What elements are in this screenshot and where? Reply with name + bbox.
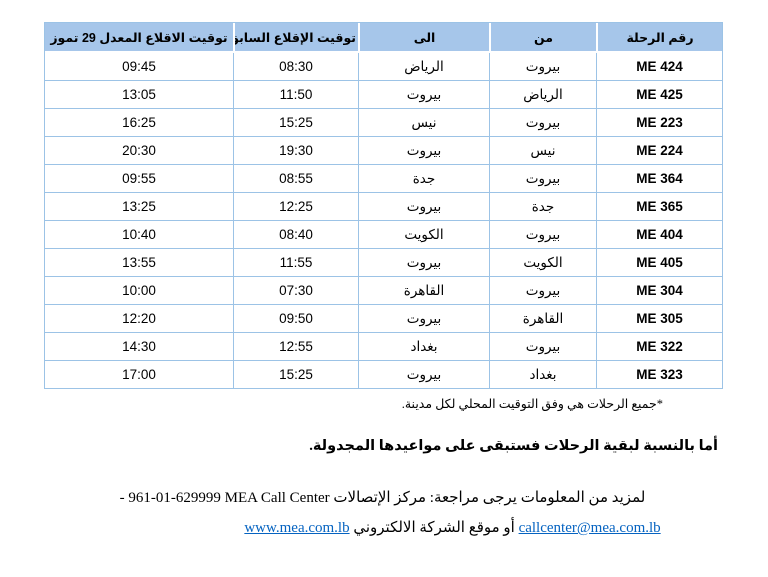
new_time-cell: 09:55 — [45, 165, 233, 193]
flight-cell: ME 322 — [596, 333, 722, 361]
website-line: callcenter@mea.com.lb أو موقع الشركة الا… — [104, 513, 768, 543]
new_time-cell: 10:00 — [45, 277, 233, 305]
table-row: ME 323بغدادبيروت15:2517:00 — [45, 361, 722, 388]
new_time-cell: 13:05 — [45, 81, 233, 109]
prev_time-cell: 12:55 — [233, 333, 358, 361]
from-cell: بيروت — [489, 165, 596, 193]
to-cell: بيروت — [358, 81, 489, 109]
column-header-new_time: توقيت الاقلاع المعدل 29 تموز — [45, 23, 233, 53]
prev_time-cell: 15:25 — [233, 109, 358, 137]
from-cell: بيروت — [489, 221, 596, 249]
trailing-dash: - — [120, 490, 125, 506]
table-row: ME 364بيروتجدة08:5509:55 — [45, 165, 722, 193]
from-cell: بغداد — [489, 361, 596, 388]
to-cell: جدة — [358, 165, 489, 193]
company-website-link[interactable]: www.mea.com.lb — [244, 520, 349, 536]
prev_time-cell: 15:25 — [233, 361, 358, 388]
call-center-line: لمزيد من المعلومات يرجى مراجعة: مركز الإ… — [44, 483, 721, 513]
local-time-footnote: *جميع الرحلات هي وفق التوقيت المحلي لكل … — [44, 396, 663, 412]
table-row: ME 223بيروتنيس15:2516:25 — [45, 109, 722, 137]
new_time-cell: 13:25 — [45, 193, 233, 221]
table-header-row: رقم الرحلةمنالىتوقيت الإقلاع السابقتوقيت… — [45, 23, 722, 53]
flight-cell: ME 425 — [596, 81, 722, 109]
to-cell: بغداد — [358, 333, 489, 361]
column-header-to: الى — [358, 23, 489, 53]
flight-cell: ME 364 — [596, 165, 722, 193]
flight-cell: ME 305 — [596, 305, 722, 333]
flight-cell: ME 223 — [596, 109, 722, 137]
flight-schedule-table: رقم الرحلةمنالىتوقيت الإقلاع السابقتوقيت… — [44, 22, 723, 389]
remaining-flights-note: أما بالنسبة لبقية الرحلات فستبقى على موا… — [44, 438, 718, 455]
document-page: رقم الرحلةمنالىتوقيت الإقلاع السابقتوقيت… — [0, 0, 768, 577]
from-cell: الرياض — [489, 81, 596, 109]
table-row: ME 224نيسبيروت19:3020:30 — [45, 137, 722, 165]
prev_time-cell: 08:40 — [233, 221, 358, 249]
table-row: ME 424بيروتالرياض08:3009:45 — [45, 53, 722, 81]
column-header-prev_time: توقيت الإقلاع السابق — [233, 23, 358, 53]
to-cell: بيروت — [358, 249, 489, 277]
column-header-from: من — [489, 23, 596, 53]
new_time-cell: 16:25 — [45, 109, 233, 137]
table-body: ME 424بيروتالرياض08:3009:45ME 425الرياضب… — [45, 53, 722, 388]
from-cell: جدة — [489, 193, 596, 221]
prev_time-cell: 08:55 — [233, 165, 358, 193]
table-row: ME 304بيروتالقاهرة07:3010:00 — [45, 277, 722, 305]
prev_time-cell: 07:30 — [233, 277, 358, 305]
to-cell: بيروت — [358, 305, 489, 333]
prev_time-cell: 08:30 — [233, 53, 358, 81]
prev_time-cell: 11:50 — [233, 81, 358, 109]
table-row: ME 322بيروتبغداد12:5514:30 — [45, 333, 722, 361]
prev_time-cell: 11:55 — [233, 249, 358, 277]
table-row: ME 405الكويتبيروت11:5513:55 — [45, 249, 722, 277]
contact-info: لمزيد من المعلومات يرجى مراجعة: مركز الإ… — [44, 483, 721, 543]
new_time-cell: 20:30 — [45, 137, 233, 165]
from-cell: بيروت — [489, 53, 596, 81]
to-cell: بيروت — [358, 137, 489, 165]
from-cell: القاهرة — [489, 305, 596, 333]
new_time-cell: 09:45 — [45, 53, 233, 81]
to-cell: القاهرة — [358, 277, 489, 305]
flight-cell: ME 304 — [596, 277, 722, 305]
new_time-cell: 17:00 — [45, 361, 233, 388]
new_time-cell: 13:55 — [45, 249, 233, 277]
flight-cell: ME 404 — [596, 221, 722, 249]
from-cell: بيروت — [489, 333, 596, 361]
document-content: رقم الرحلةمنالىتوقيت الإقلاع السابقتوقيت… — [44, 22, 721, 543]
flight-cell: ME 424 — [596, 53, 722, 81]
from-cell: بيروت — [489, 109, 596, 137]
to-cell: بيروت — [358, 193, 489, 221]
prev_time-cell: 12:25 — [233, 193, 358, 221]
table-row: ME 404بيروتالكويت08:4010:40 — [45, 221, 722, 249]
flight-cell: ME 365 — [596, 193, 722, 221]
table-row: ME 305القاهرةبيروت09:5012:20 — [45, 305, 722, 333]
column-header-flight: رقم الرحلة — [596, 23, 722, 53]
call-center-email-link[interactable]: callcenter@mea.com.lb — [519, 520, 661, 536]
new_time-cell: 12:20 — [45, 305, 233, 333]
flight-cell: ME 323 — [596, 361, 722, 388]
flight-cell: ME 405 — [596, 249, 722, 277]
from-cell: الكويت — [489, 249, 596, 277]
website-text-arabic: أو موقع الشركة الالكتروني — [353, 520, 514, 536]
to-cell: نيس — [358, 109, 489, 137]
table-row: ME 365جدةبيروت12:2513:25 — [45, 193, 722, 221]
flight-cell: ME 224 — [596, 137, 722, 165]
call-center-text-arabic: لمزيد من المعلومات يرجى مراجعة: مركز الإ… — [333, 490, 645, 506]
prev_time-cell: 19:30 — [233, 137, 358, 165]
prev_time-cell: 09:50 — [233, 305, 358, 333]
to-cell: الكويت — [358, 221, 489, 249]
from-cell: بيروت — [489, 277, 596, 305]
to-cell: بيروت — [358, 361, 489, 388]
to-cell: الرياض — [358, 53, 489, 81]
new_time-cell: 14:30 — [45, 333, 233, 361]
from-cell: نيس — [489, 137, 596, 165]
table-row: ME 425الرياضبيروت11:5013:05 — [45, 81, 722, 109]
call-center-number: 961-01-629999 MEA Call Center — [128, 490, 329, 506]
new_time-cell: 10:40 — [45, 221, 233, 249]
